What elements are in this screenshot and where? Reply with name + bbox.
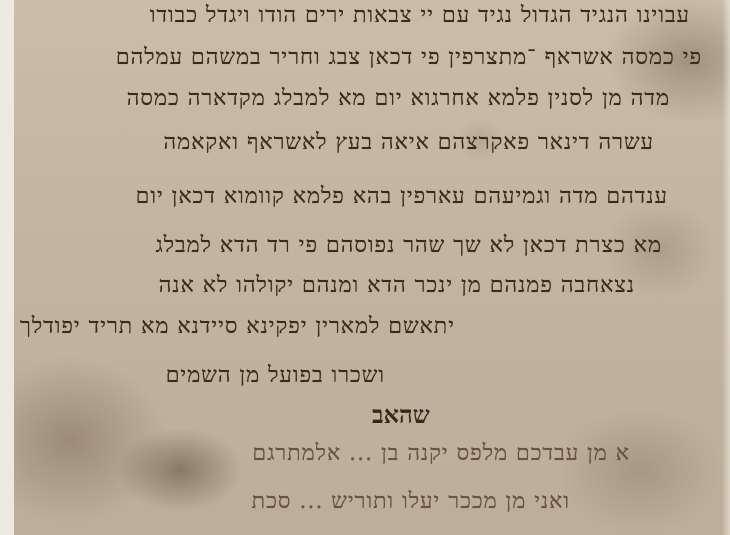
manuscript-page: עבוינו הנגיד הגדול נגיד עם יי צבאות ירים…: [0, 0, 730, 535]
text-line-3: מדה מן לסנין פלמא אחרגוא יום מא למבלג מק…: [127, 85, 670, 111]
text-line-4: עשרה דינאר פאקרצהם איאה בעץ לאשראף ואקאמ…: [164, 129, 655, 155]
scan-edge: [722, 0, 730, 535]
witness-heading: שהאב: [372, 400, 430, 430]
text-line-1: עבוינו הנגיד הגדול נגיד עם יי צבאות ירים…: [150, 2, 690, 28]
witness-line-2: ואני מן מככר יעלו ותוריש ... סכת: [252, 488, 570, 514]
text-line-9: ושכרו בפועל מן השמים: [166, 362, 385, 388]
text-line-8: יתאשם למארין יפקינא סיידנא מא תריד יפודל…: [20, 313, 455, 339]
text-line-5: ענדהם מדה וגמיעהם עארפין בהא פלמא קוומוא…: [136, 183, 668, 209]
text-line-2: פי כמסה אשראף ־מתצרפין פי דכאן צבג וחריר…: [116, 44, 702, 70]
scan-margin: [0, 0, 14, 535]
witness-line-1: א מן עבדכם מלפס יקנה בן ... אלמתרגם: [252, 440, 630, 466]
text-line-7: נצאחבה פמנהם מן ינכר הדא ומנהם יקולהו לא…: [159, 272, 635, 298]
text-line-6: מא כצרת דכאן לא שך שהר נפוסהם פי רד הדא …: [155, 232, 662, 258]
